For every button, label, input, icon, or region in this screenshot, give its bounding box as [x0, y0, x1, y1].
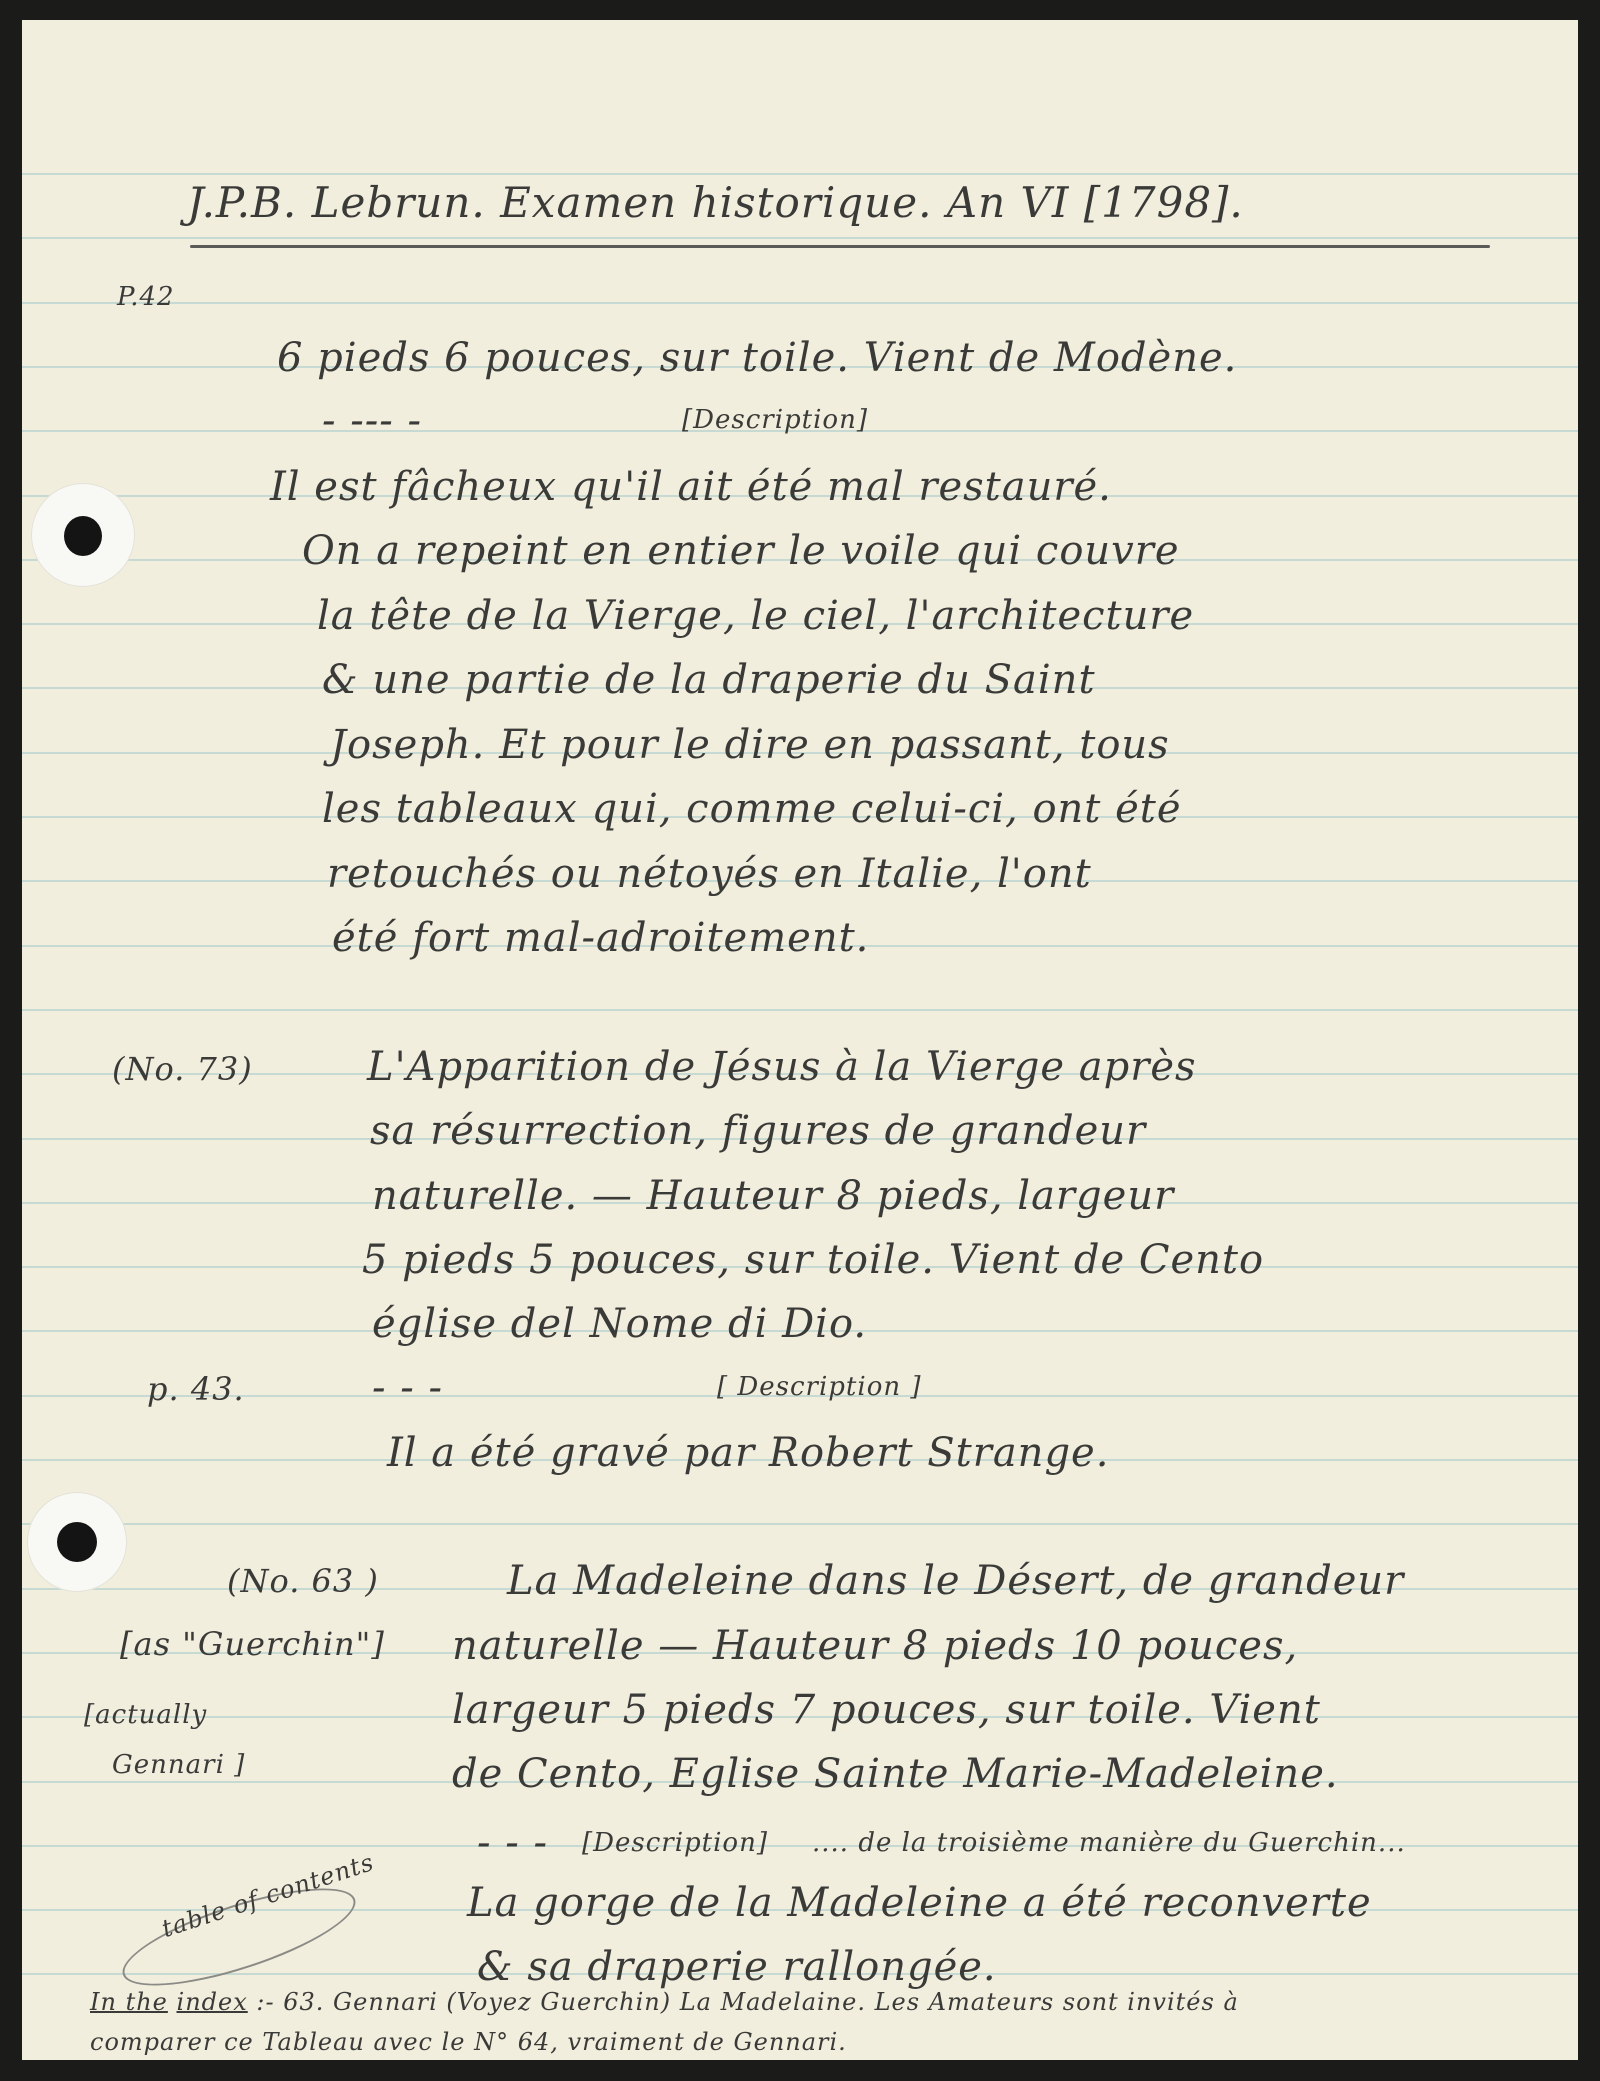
entry-1-line: retouchés ou nétoyés en Italie, l'ont	[327, 851, 1092, 897]
margin-note-gennari: Gennari ]	[112, 1750, 245, 1780]
entry-63-description: [Description]	[582, 1828, 768, 1858]
entry-73-line: naturelle. — Hauteur 8 pieds, largeur	[372, 1173, 1174, 1219]
punch-hole-icon	[57, 1522, 97, 1562]
entry-63-line: naturelle — Hauteur 8 pieds 10 pouces,	[452, 1623, 1298, 1669]
entry-1-line: 6 pieds 6 pouces, sur toile. Vient de Mo…	[277, 335, 1237, 381]
ruled-line	[22, 237, 1578, 239]
entry-1-line: & une partie de la draperie du Saint	[322, 657, 1096, 703]
ruled-line	[22, 302, 1578, 304]
entry-1-dashes: - --- -	[322, 398, 422, 444]
entry-73-number: (No. 73)	[112, 1050, 253, 1088]
entry-1-line: les tableaux qui, comme celui-ci, ont ét…	[322, 786, 1182, 832]
footnote-line-2: comparer ce Tableau avec le N° 64, vraim…	[90, 2028, 847, 2056]
page-ref-42: P.42	[117, 282, 175, 312]
margin-note-actually: [actually	[84, 1700, 207, 1730]
ruled-line	[22, 1009, 1578, 1011]
entry-63-line: & sa draperie rallongée.	[477, 1944, 997, 1990]
entry-63-line: largeur 5 pieds 7 pouces, sur toile. Vie…	[452, 1687, 1321, 1733]
title-underline	[190, 245, 1490, 248]
entry-1-line: On a repeint en entier le voile qui couv…	[302, 528, 1180, 574]
entry-63-line: de Cento, Eglise Sainte Marie-Madeleine.	[452, 1751, 1339, 1797]
ruled-line	[22, 173, 1578, 175]
entry-63-line: La Madeleine dans le Désert, de grandeur	[507, 1558, 1404, 1604]
entry-73-dashes: - - -	[372, 1365, 443, 1411]
entry-73-engraving-note: Il a été gravé par Robert Strange.	[387, 1430, 1109, 1476]
entry-63-line: La gorge de la Madeleine a été reconvert…	[467, 1880, 1372, 1926]
footnote-prefix: In the	[90, 1988, 168, 2016]
page-ref-43: p. 43.	[147, 1370, 245, 1408]
entry-1-line: la tête de la Vierge, le ciel, l'archite…	[317, 593, 1194, 639]
entry-73-line: sa résurrection, figures de grandeur	[370, 1108, 1146, 1154]
punch-hole-icon	[64, 516, 102, 556]
entry-63-dashes: - - -	[477, 1820, 548, 1866]
notebook-page: J.P.B. Lebrun. Examen historique. An VI …	[22, 20, 1578, 2060]
entry-73-line: L'Apparition de Jésus à la Vierge après	[367, 1044, 1197, 1090]
entry-1-description: [Description]	[682, 405, 868, 435]
entry-1-line: été fort mal-adroitement.	[332, 915, 869, 961]
entry-63-description-tail: .... de la troisième manière du Guerchin…	[812, 1828, 1406, 1858]
entry-1-line: Joseph. Et pour le dire en passant, tous	[330, 722, 1170, 768]
entry-73-description: [ Description ]	[717, 1372, 922, 1402]
entry-73-line: 5 pieds 5 pouces, sur toile. Vient de Ce…	[362, 1237, 1264, 1283]
entry-1-line: Il est fâcheux qu'il ait été mal restaur…	[270, 464, 1112, 510]
margin-note-as-guerchin: [as "Guerchin"]	[120, 1625, 385, 1663]
entry-73-line: église del Nome di Dio.	[372, 1301, 867, 1347]
page-title: J.P.B. Lebrun. Examen historique. An VI …	[187, 178, 1244, 227]
ruled-line	[22, 1523, 1578, 1525]
footnote-text: :- 63. Gennari (Voyez Guerchin) La Madel…	[256, 1988, 1238, 2016]
struck-word: index	[177, 1988, 248, 2016]
entry-63-number: (No. 63 )	[227, 1562, 379, 1600]
footnote-line-1: In the index :- 63. Gennari (Voyez Guerc…	[90, 1988, 1239, 2016]
